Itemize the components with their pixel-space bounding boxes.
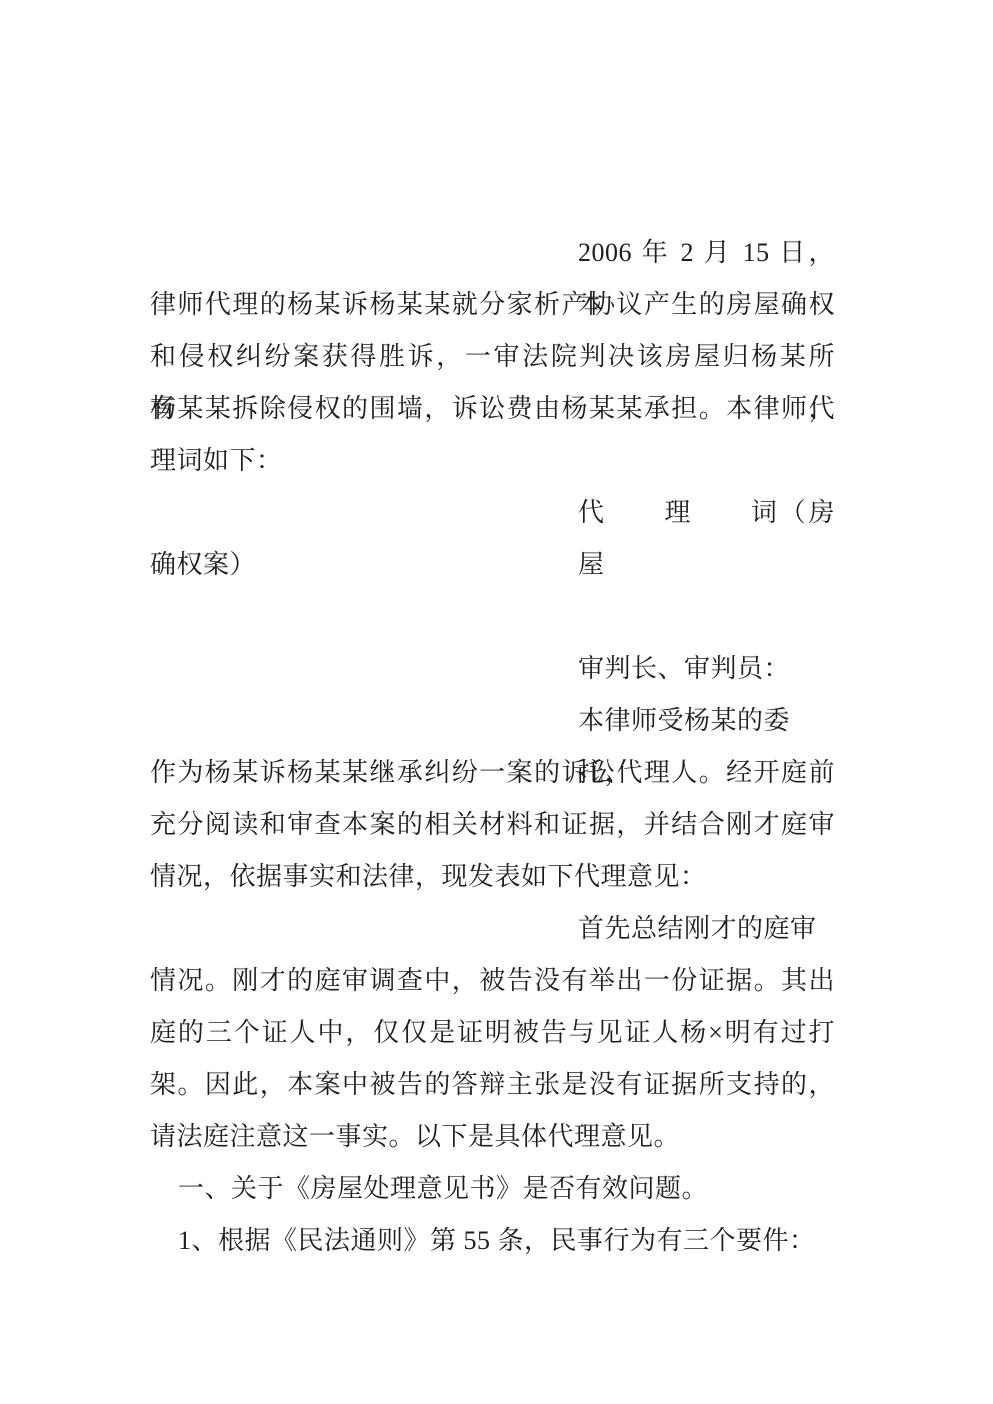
text-line: 理词如下： bbox=[150, 435, 835, 487]
text-line: 庭的三个证人中，仅仅是证明被告与见证人杨×明有过打 bbox=[150, 1007, 835, 1059]
text-line: 架。因此，本案中被告的答辩主张是没有证据所支持的， bbox=[150, 1059, 835, 1111]
text-line: 2006 年 2 月 15 日，本 bbox=[150, 227, 835, 279]
text-line: 律师代理的杨某诉杨某某就分家析产协议产生的房屋确权 bbox=[150, 279, 835, 331]
text-line: 1、根据《民法通则》第 55 条，民事行为有三个要件： bbox=[150, 1215, 835, 1267]
text-line: 情况，依据事实和法律，现发表如下代理意见： bbox=[150, 851, 835, 903]
text-line: 首先总结刚才的庭审 bbox=[150, 903, 835, 955]
document-body: 2006 年 2 月 15 日，本律师代理的杨某诉杨某某就分家析产协议产生的房屋… bbox=[150, 227, 835, 1267]
document-page: 2006 年 2 月 15 日，本律师代理的杨某诉杨某某就分家析产协议产生的房屋… bbox=[0, 0, 993, 1404]
text-line: 情况。刚才的庭审调查中，被告没有举出一份证据。其出 bbox=[150, 955, 835, 1007]
text-line: 杨某某拆除侵权的围墙，诉讼费由杨某某承担。本律师代 bbox=[150, 383, 835, 435]
text-line: 充分阅读和审查本案的相关材料和证据，并结合刚才庭审 bbox=[150, 799, 835, 851]
text-line: 请法庭注意这一事实。以下是具体代理意见。 bbox=[150, 1111, 835, 1163]
text-line: 和侵权纠纷案获得胜诉，一审法院判决该房屋归杨某所有， bbox=[150, 331, 835, 383]
text-line: 确权案） bbox=[150, 539, 835, 591]
text-line: 本律师受杨某的委托， bbox=[150, 695, 835, 747]
text-line: 一、关于《房屋处理意见书》是否有效问题。 bbox=[150, 1163, 835, 1215]
text-line: 审判长、审判员： bbox=[150, 643, 835, 695]
text-line: 代 理 词（房屋 bbox=[150, 487, 835, 539]
blank-line bbox=[150, 591, 835, 643]
text-line: 作为杨某诉杨某某继承纠纷一案的诉讼代理人。经开庭前 bbox=[150, 747, 835, 799]
